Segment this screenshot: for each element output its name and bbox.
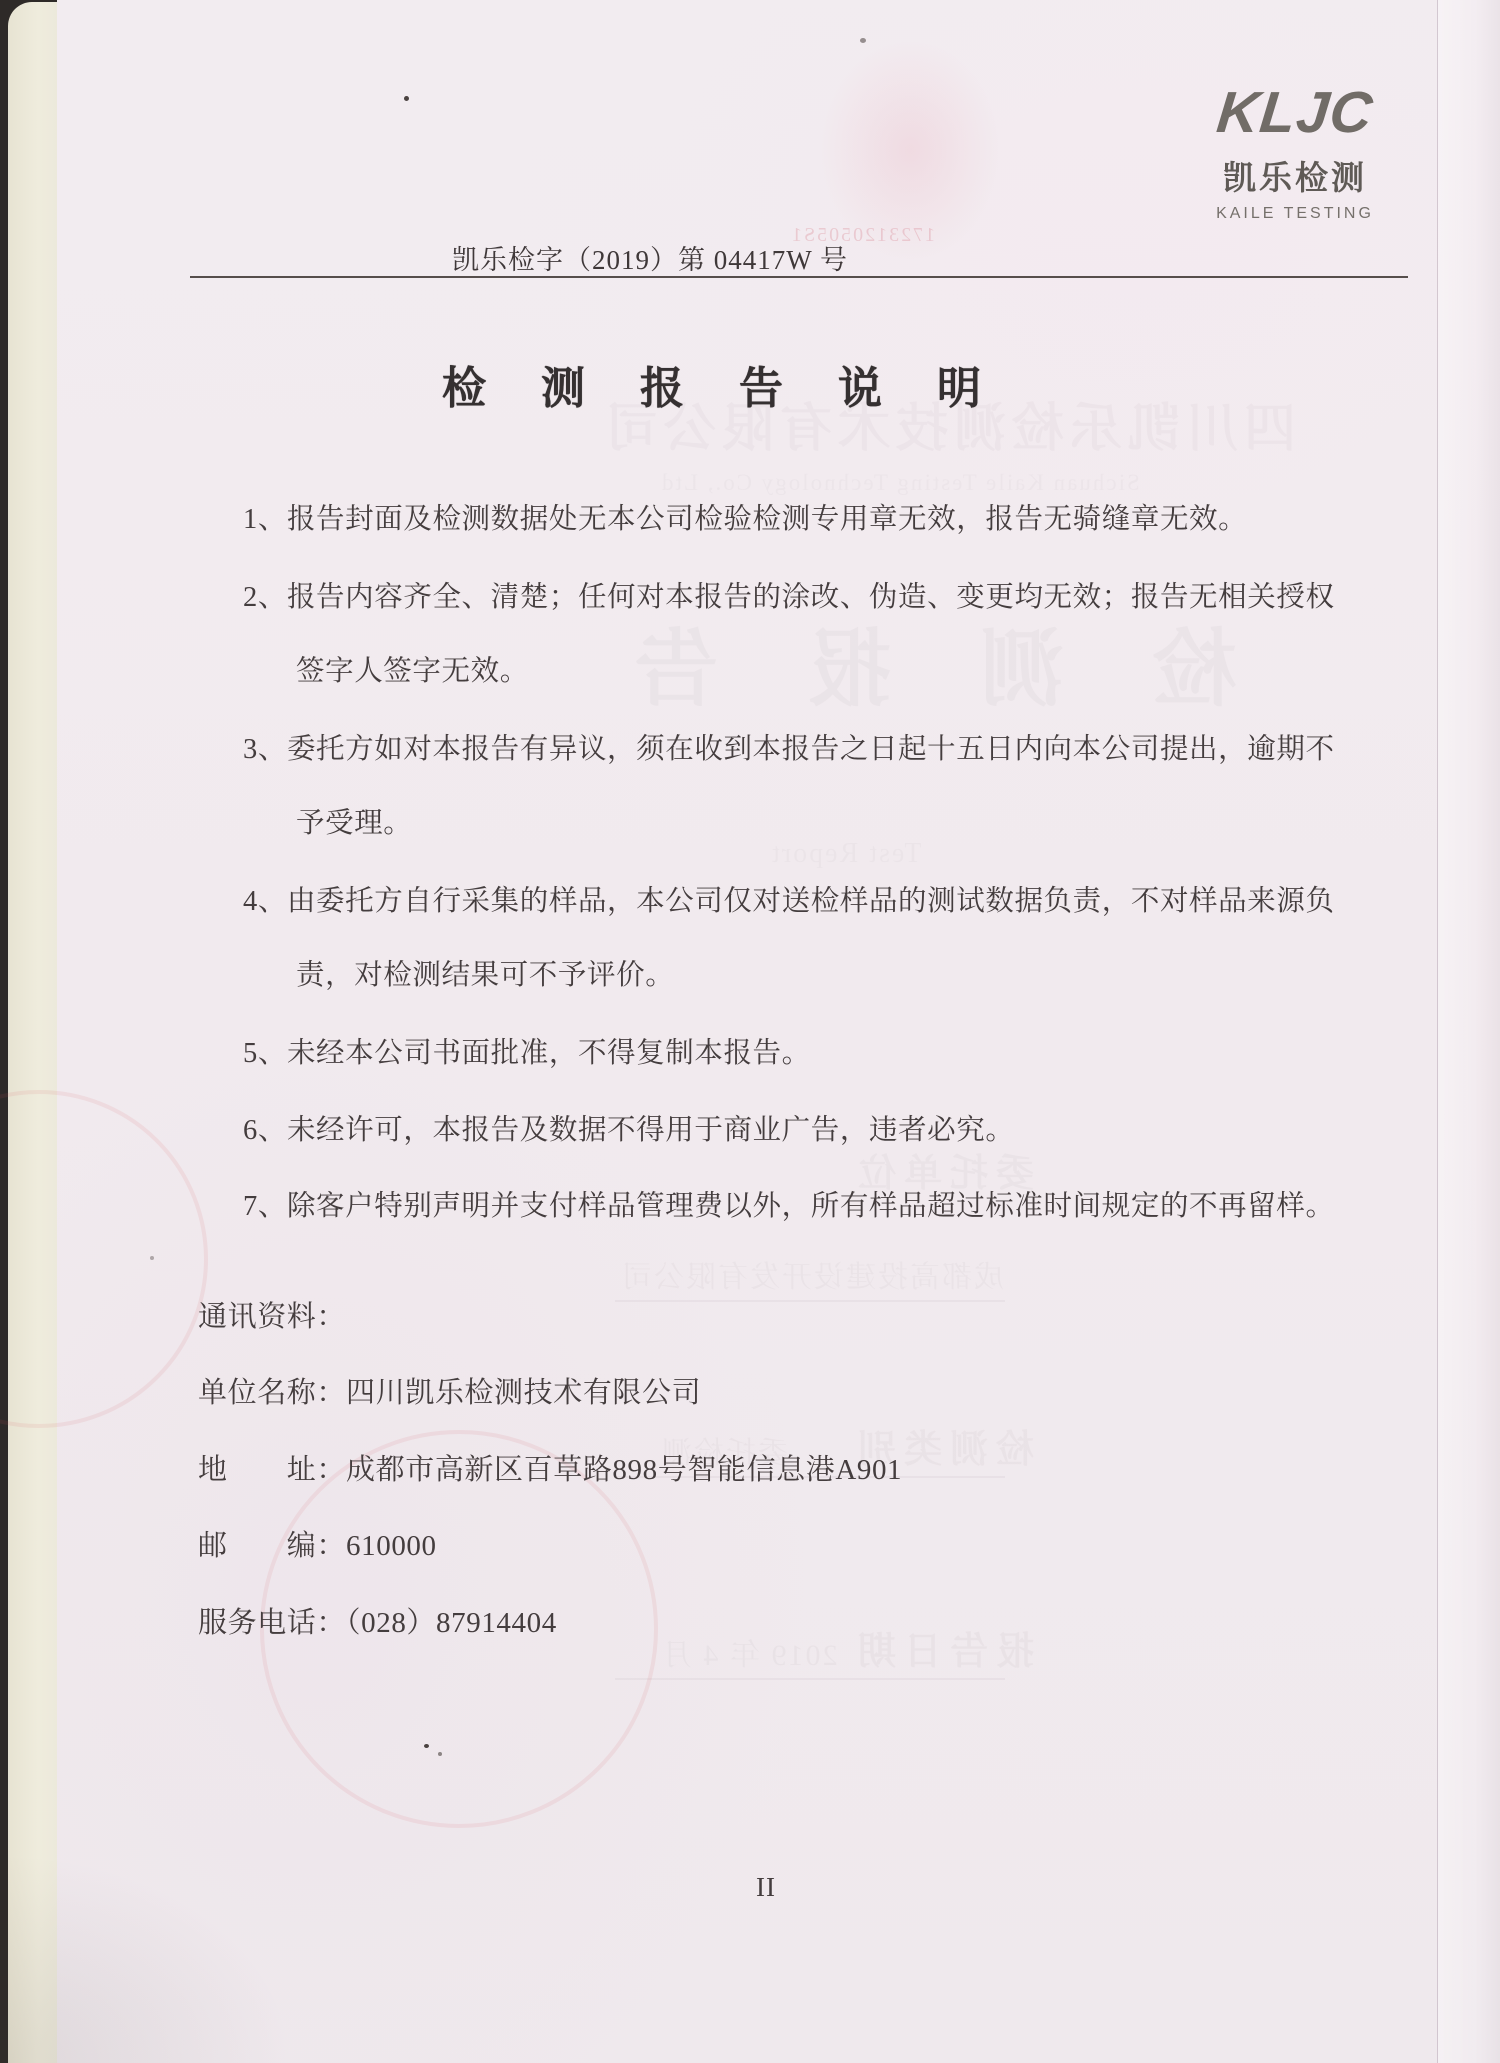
- notice-line-3b: 予受理。: [296, 800, 412, 841]
- notice-line-2a: 2、报告内容齐全、清楚；任何对本报告的涂改、伪造、变更均无效；报告无相关授权: [243, 574, 1335, 615]
- notice-line-6: 6、未经许可，本报告及数据不得用于商业广告，违者必究。: [243, 1107, 1014, 1148]
- scan-speck: [438, 1752, 442, 1756]
- logo-monogram: KLJC: [1202, 84, 1388, 142]
- bleedthrough-row3-value: 2019 年 4 月: [660, 1630, 838, 1674]
- scanned-report-page: 1723120505S1 四川凯乐检测技术有限公司 Sichuan Kaile …: [0, 0, 1500, 2063]
- bleedthrough-row1-value: 成都高投建设开发有限公司: [620, 1252, 1004, 1296]
- bleedthrough-underline: [615, 1678, 1005, 1680]
- contact-zip-row: 邮 编：610000: [198, 1523, 437, 1564]
- bleedthrough-underline: [615, 1300, 1005, 1302]
- contact-company-value: 四川凯乐检测技术有限公司: [346, 1377, 701, 1409]
- notice-line-4b: 责，对检测结果可不予评价。: [296, 952, 674, 993]
- page-number: II: [756, 1872, 776, 1903]
- notice-line-1: 1、报告封面及检测数据处无本公司检验检测专用章无效，报告无骑缝章无效。: [243, 496, 1247, 537]
- contact-address-row: 地 址：成都市高新区百草路898号智能信息港A901: [198, 1447, 902, 1488]
- bleedthrough-report-title: 检 测 报 告: [600, 602, 1237, 723]
- scan-speck: [150, 1256, 154, 1260]
- notice-line-4a: 4、由委托方自行采集的样品，本公司仅对送检样品的测试数据负责，不对样品来源负: [243, 878, 1335, 919]
- logo-name-en: KAILE TESTING: [1205, 205, 1385, 223]
- scan-shadow: [0, 1800, 420, 2063]
- paper-right-crease: [1437, 0, 1500, 2063]
- bleedthrough-row3-label: 报告日期: [850, 1620, 1034, 1675]
- scan-speck: [424, 1744, 429, 1748]
- scan-speck: [860, 38, 866, 43]
- contact-phone-row: 服务电话：（028）87914404: [198, 1600, 557, 1641]
- header-rule: [190, 276, 1408, 278]
- contact-phone-value: （028）87914404: [346, 1607, 557, 1639]
- notice-line-3a: 3、委托方如对本报告有异议，须在收到本报告之日起十五日内向本公司提出，逾期不: [243, 726, 1335, 767]
- bleedthrough-report-title-en: Test Report: [770, 838, 921, 870]
- contact-zip-value: 610000: [346, 1530, 437, 1562]
- bleedthrough-company-en: Sichuan Kaile Testing Technology Co., Lt…: [660, 470, 1140, 496]
- logo-name-cn: 凯乐检测: [1205, 152, 1385, 199]
- contact-company-label: 单位名称：: [198, 1377, 346, 1409]
- report-number: 凯乐检字（2019）第 04417W 号: [452, 238, 848, 277]
- company-logo: KLJC 凯乐检测 KAILE TESTING: [1205, 84, 1385, 223]
- page-title: 检 测 报 告 说 明: [442, 352, 1003, 416]
- contact-zip-label: 邮 编：: [198, 1530, 346, 1562]
- notice-line-2b: 签字人签字无效。: [296, 648, 529, 689]
- contact-address-value: 成都市高新区百草路898号智能信息港A901: [346, 1454, 902, 1486]
- notice-line-5: 5、未经本公司书面批准，不得复制本报告。: [243, 1030, 811, 1071]
- contact-address-label: 地 址：: [198, 1454, 346, 1486]
- contact-heading: 通讯资料：: [198, 1294, 346, 1335]
- scan-speck: [404, 96, 409, 101]
- stamp-bleed-top: [820, 40, 1000, 260]
- notice-line-7: 7、除客户特别声明并支付样品管理费以外，所有样品超过标准时间规定的不再留样。: [243, 1183, 1335, 1224]
- contact-phone-label: 服务电话：: [198, 1607, 346, 1639]
- contact-company-row: 单位名称：四川凯乐检测技术有限公司: [198, 1370, 701, 1411]
